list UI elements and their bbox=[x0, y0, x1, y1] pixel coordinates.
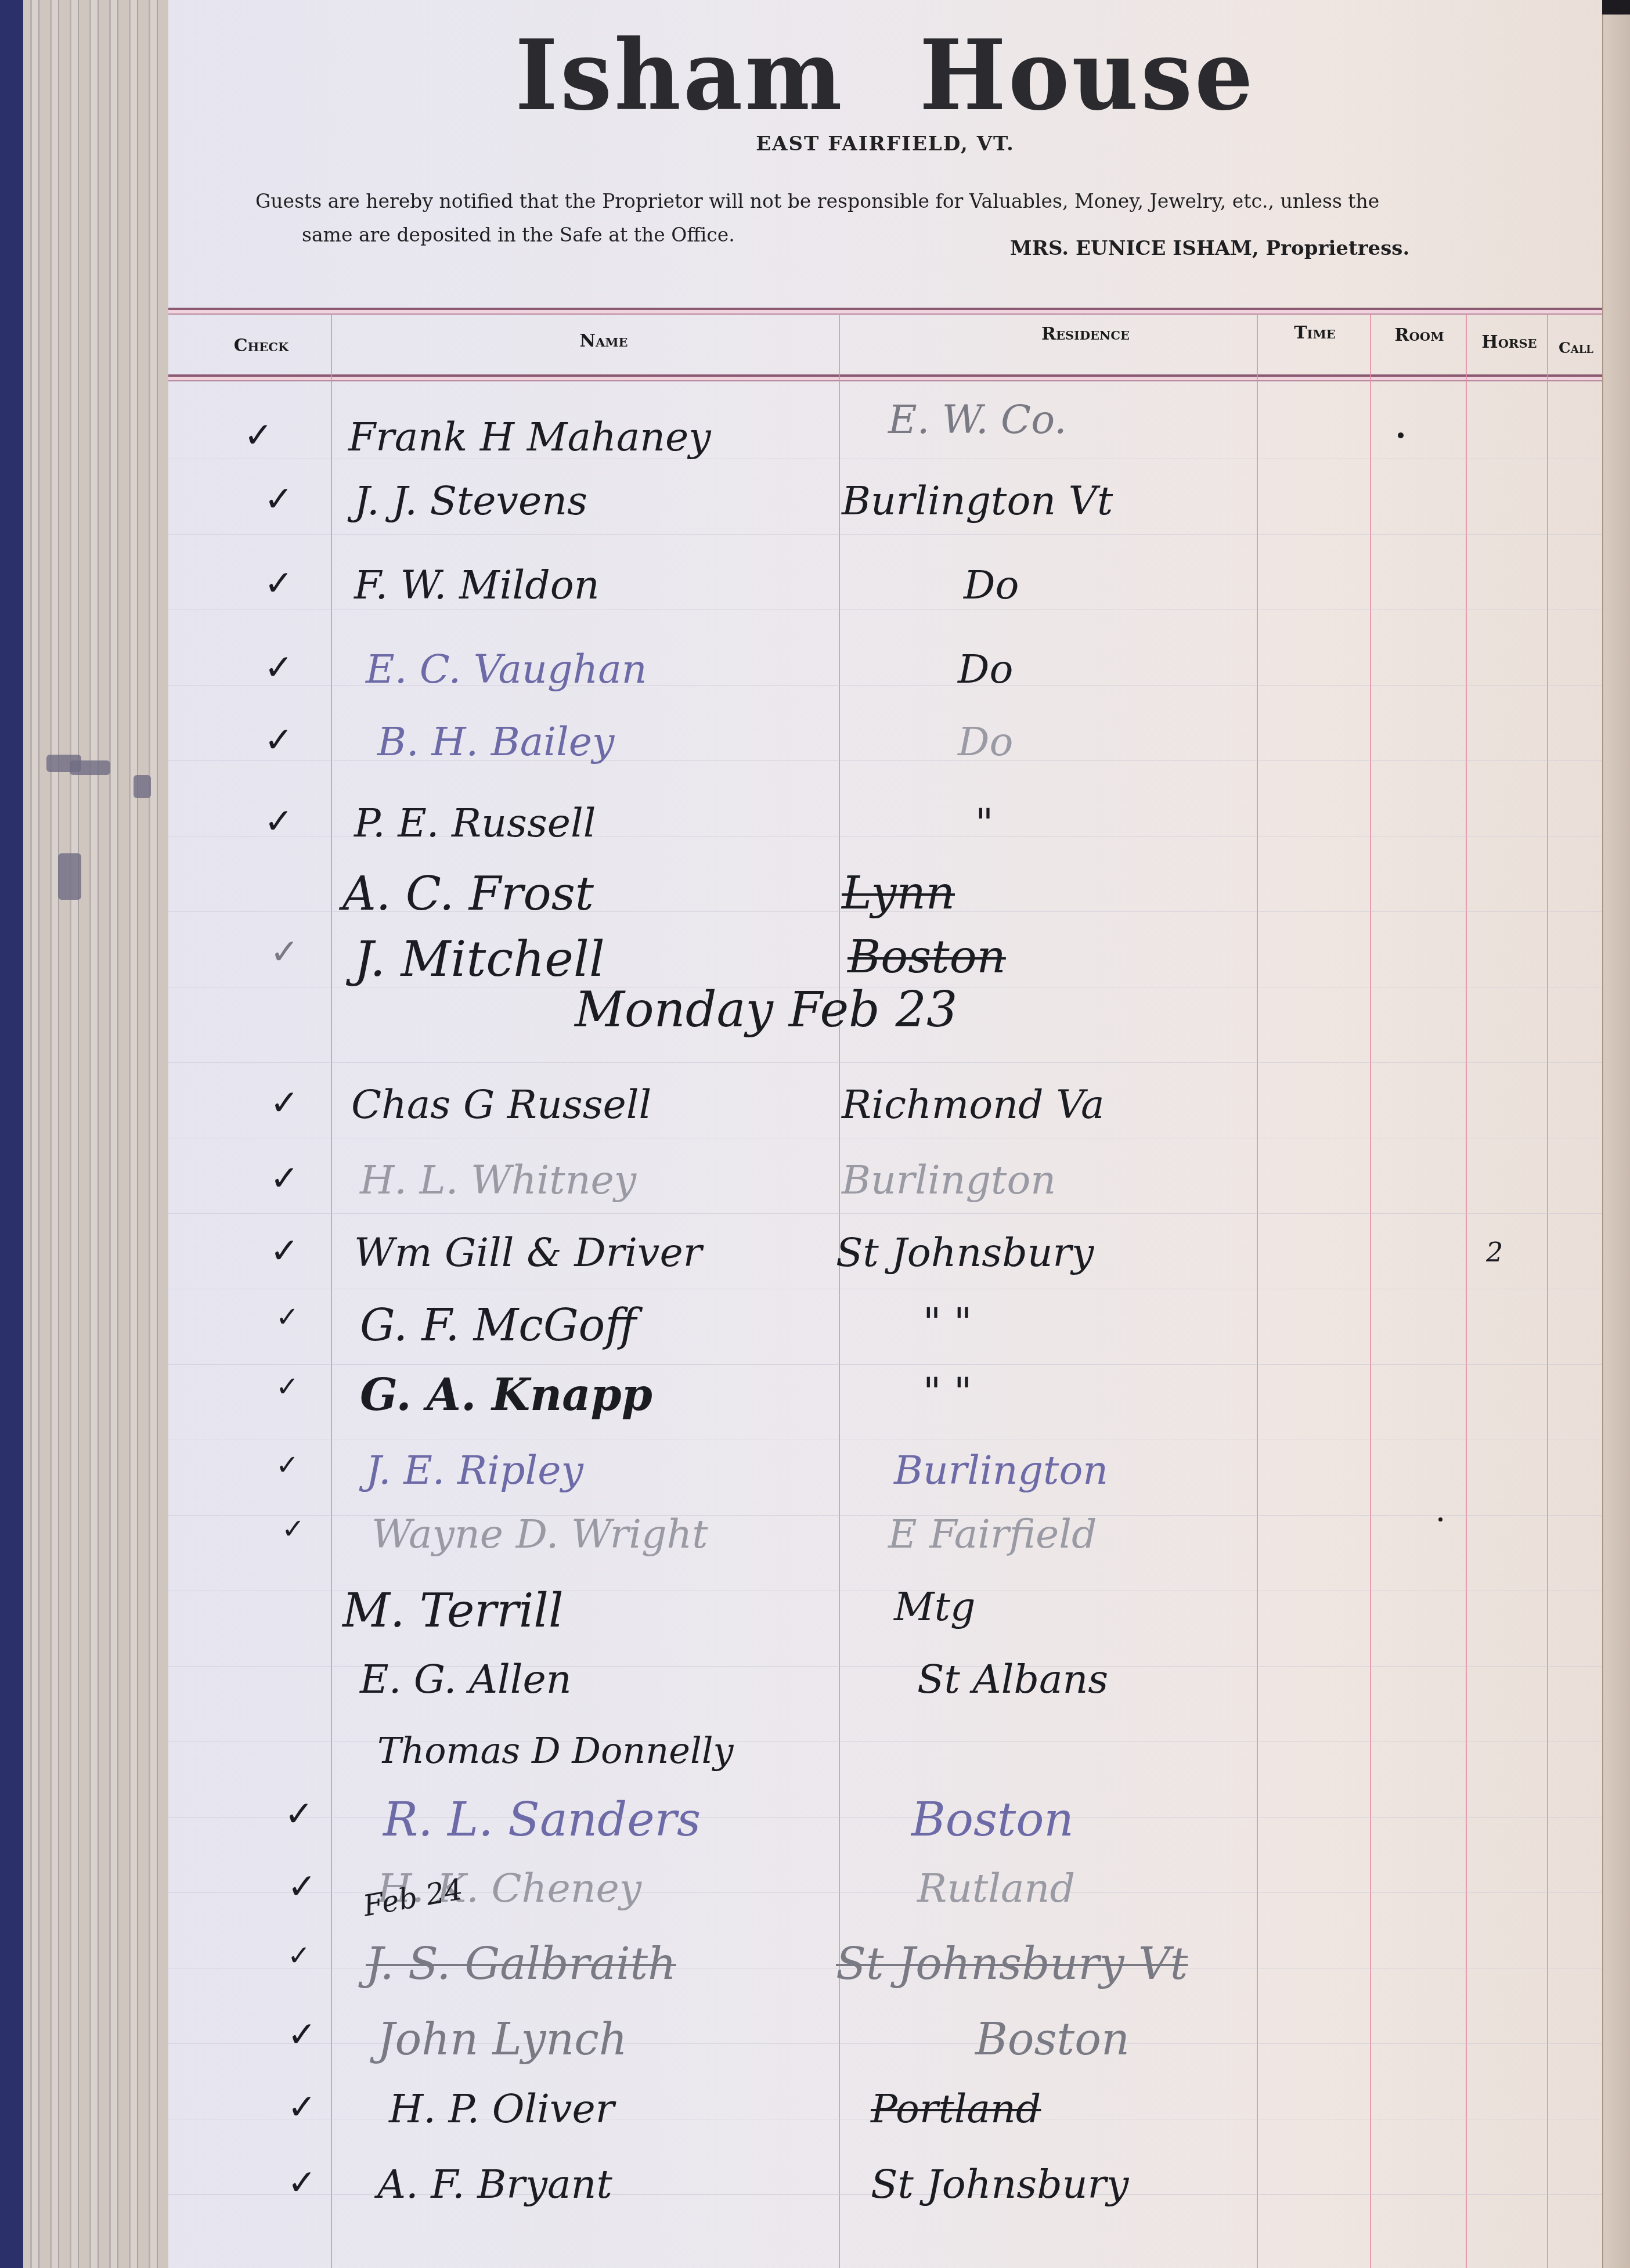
guest-name: J. Mitchell bbox=[354, 935, 605, 983]
register-entry: E. G. Allen St Albans bbox=[168, 1660, 1602, 1730]
ink-stain bbox=[58, 853, 81, 900]
guest-name: Chas G Russell bbox=[351, 1086, 651, 1125]
guest-residence: " " bbox=[923, 1303, 972, 1343]
room-mark-dot bbox=[1398, 432, 1404, 438]
guest-name: E. G. Allen bbox=[360, 1660, 572, 1700]
guest-residence: E. W. Co. bbox=[888, 401, 1067, 440]
guest-name: J. E. Ripley bbox=[366, 1451, 583, 1491]
register-entry: ✓ H. P. Oliver Portland bbox=[168, 2090, 1602, 2159]
column-header-time: Time bbox=[1263, 323, 1367, 343]
column-header-call: Call bbox=[1550, 340, 1602, 357]
check-mark: ✓ bbox=[244, 418, 273, 453]
proprietress-signature: MRS. EUNICE ISHAM, Proprietress. bbox=[1010, 237, 1409, 260]
column-header-name: Name bbox=[517, 331, 691, 351]
guest-name: Frank H Mahaney bbox=[348, 418, 711, 457]
guest-name: H. L. Whitney bbox=[360, 1161, 636, 1200]
guest-name: G. F. McGoff bbox=[360, 1303, 636, 1347]
check-mark: ✓ bbox=[264, 650, 293, 685]
header-bottom-rule bbox=[168, 374, 1602, 381]
register-entry: A. C. Frost Lynn bbox=[168, 871, 1602, 940]
check-mark: ✓ bbox=[287, 2090, 316, 2125]
check-mark: ✓ bbox=[287, 2017, 316, 2052]
guest-residence: E Fairfield bbox=[888, 1515, 1097, 1555]
book-spine-shadow bbox=[1602, 0, 1630, 15]
check-mark: ✓ bbox=[270, 1234, 299, 1268]
guest-residence: Boston bbox=[911, 1797, 1074, 1843]
guest-residence: Boston bbox=[975, 2017, 1130, 2061]
guest-name: Wayne D. Wright bbox=[372, 1515, 708, 1555]
guest-residence: Burlington bbox=[894, 1451, 1108, 1491]
register-entry: ✓ Wayne D. Wright E Fairfield bbox=[168, 1515, 1602, 1585]
guest-residence: St Johnsbury Vt bbox=[836, 1942, 1188, 1986]
column-header-room: Room bbox=[1376, 325, 1463, 345]
guest-residence: Burlington Vt bbox=[842, 482, 1113, 521]
guest-residence: St Johnsbury bbox=[836, 1234, 1094, 1273]
guest-name: A. F. Bryant bbox=[377, 2165, 612, 2205]
register-entry: ✓ John Lynch Boston bbox=[168, 2017, 1602, 2087]
book-spine bbox=[1602, 0, 1630, 2268]
ruled-line bbox=[168, 1062, 1602, 1063]
check-mark: ✓ bbox=[287, 1942, 311, 1970]
register-entry: ✓ P. E. Russell " bbox=[168, 804, 1602, 874]
register-entry: ✓ Frank H Mahaney E. W. Co. bbox=[168, 418, 1602, 488]
guest-name: H. P. Oliver bbox=[389, 2090, 614, 2129]
notice-line-1: Guests are hereby notified that the Prop… bbox=[255, 185, 1509, 218]
check-mark: ✓ bbox=[276, 1373, 299, 1401]
guest-residence: Boston bbox=[848, 935, 1006, 980]
proprietress-title: Proprietress. bbox=[1266, 237, 1410, 260]
check-mark: ✓ bbox=[282, 1515, 305, 1543]
register-entry: ✓ F. W. Mildon Do bbox=[168, 566, 1602, 636]
guest-residence: Do bbox=[958, 723, 1013, 762]
ink-stain bbox=[134, 775, 151, 798]
guest-name: John Lynch bbox=[377, 2017, 628, 2061]
check-mark: ✓ bbox=[270, 1086, 299, 1120]
guest-residence: Rutland bbox=[917, 1869, 1075, 1909]
check-mark: ✓ bbox=[264, 566, 293, 601]
column-header-residence: Residence bbox=[981, 324, 1190, 344]
register-entry: ✓ B. H. Bailey Do bbox=[168, 723, 1602, 792]
guest-name: F. W. Mildon bbox=[354, 566, 599, 605]
guest-name: J. J. Stevens bbox=[354, 482, 587, 521]
header-top-rule bbox=[168, 308, 1602, 315]
register-entry: M. Terrill Mtg bbox=[168, 1588, 1602, 1657]
register-entry: ✓ Chas G Russell Richmond Va bbox=[168, 1086, 1602, 1155]
register-entry: ✓ G. A. Knapp " " bbox=[168, 1373, 1602, 1443]
register-page: Isham House EAST FAIRFIELD, VT. Guests a… bbox=[168, 0, 1602, 2268]
ink-speck bbox=[1438, 1517, 1443, 1521]
check-mark: ✓ bbox=[270, 1161, 299, 1196]
column-header-horse: Horse bbox=[1472, 332, 1547, 352]
guest-name: A. C. Frost bbox=[342, 871, 594, 917]
guest-residence: St Johnsbury bbox=[871, 2165, 1128, 2205]
guest-residence: " bbox=[975, 804, 993, 843]
check-mark: ✓ bbox=[287, 2165, 316, 2200]
guest-name: E. C. Vaughan bbox=[366, 650, 647, 690]
register-entry: ✓ R. L. Sanders Boston bbox=[168, 1797, 1602, 1866]
guest-residence: Portland bbox=[871, 2090, 1041, 2129]
register-entry: Thomas D Donnelly bbox=[168, 1733, 1602, 1802]
register-entry: ✓ H. L. Whitney Burlington bbox=[168, 1161, 1602, 1231]
guest-name: B. H. Bailey bbox=[377, 723, 614, 762]
guest-residence: St Albans bbox=[917, 1660, 1108, 1700]
register-entry: ✓ G. F. McGoff " " bbox=[168, 1303, 1602, 1373]
page-title: Isham House bbox=[168, 19, 1602, 132]
location-label: EAST FAIRFIELD, VT. bbox=[168, 132, 1602, 156]
proprietress-name: MRS. EUNICE ISHAM, bbox=[1010, 237, 1259, 260]
check-mark: ✓ bbox=[284, 1797, 313, 1831]
guest-name: G. A. Knapp bbox=[360, 1373, 652, 1417]
register-entry: ✓ J. S. Galbraith St Johnsbury Vt bbox=[168, 1942, 1602, 2011]
register-entry: ✓ Wm Gill & Driver St Johnsbury 2 bbox=[168, 1234, 1602, 1303]
guest-residence: Burlington bbox=[842, 1161, 1056, 1200]
check-mark: ✓ bbox=[264, 723, 293, 758]
guest-name: M. Terrill bbox=[342, 1588, 564, 1634]
guest-name: Wm Gill & Driver bbox=[354, 1234, 702, 1273]
date-separator: Monday Feb 23 bbox=[575, 981, 957, 1038]
register-entry: ✓ E. C. Vaughan Do bbox=[168, 650, 1602, 720]
register-entry: ✓ J. E. Ripley Burlington bbox=[168, 1451, 1602, 1521]
check-mark: ✓ bbox=[276, 1451, 299, 1479]
guest-name: R. L. Sanders bbox=[383, 1797, 701, 1843]
check-mark: ✓ bbox=[264, 804, 293, 839]
guest-residence: Mtg bbox=[894, 1588, 975, 1627]
check-mark: ✓ bbox=[287, 1869, 316, 1904]
guest-residence: Do bbox=[958, 650, 1013, 690]
guest-residence: Lynn bbox=[842, 871, 955, 916]
register-entry: ✓ A. F. Bryant St Johnsbury bbox=[168, 2165, 1602, 2235]
check-mark: ✓ bbox=[264, 482, 293, 517]
guest-residence: " " bbox=[923, 1373, 972, 1412]
ink-stain bbox=[70, 760, 110, 775]
guest-name: P. E. Russell bbox=[354, 804, 596, 843]
page-stack-edge bbox=[0, 0, 168, 2268]
horse-count: 2 bbox=[1486, 1236, 1503, 1268]
register-entry: ✓ J. J. Stevens Burlington Vt bbox=[168, 482, 1602, 551]
guest-name: Thomas D Donnelly bbox=[377, 1733, 734, 1769]
column-header-check: Check bbox=[203, 336, 319, 356]
guest-residence: Richmond Va bbox=[842, 1086, 1105, 1125]
guest-name: J. S. Galbraith bbox=[366, 1942, 676, 1986]
check-mark: ✓ bbox=[276, 1303, 299, 1331]
guest-residence: Do bbox=[964, 566, 1019, 605]
check-mark: ✓ bbox=[270, 935, 299, 969]
